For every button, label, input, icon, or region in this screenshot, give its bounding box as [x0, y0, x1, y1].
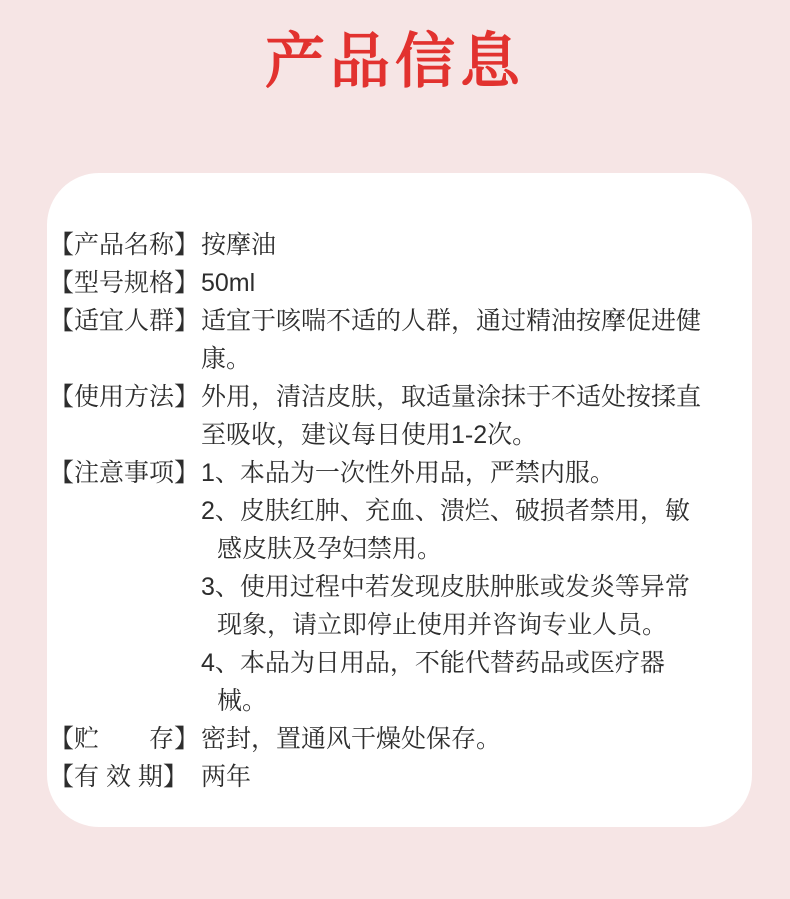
field-row-product-name: 【产品名称】 按摩油 — [49, 226, 713, 264]
precaution-item-3: 3、使用过程中若发现皮肤肿胀或发炎等异常现象，请立即停止使用并咨询专业人员。 — [201, 568, 713, 644]
precaution-item-2: 2、皮肤红肿、充血、溃烂、破损者禁用，敏感皮肤及孕妇禁用。 — [201, 492, 713, 568]
field-label-precautions: 【注意事项】 — [49, 454, 201, 492]
field-row-suitable-people: 【适宜人群】 适宜于咳喘不适的人群，通过精油按摩促进健康。 — [49, 302, 713, 378]
precaution-item-1: 1、本品为一次性外用品，严禁内服。 — [201, 454, 713, 492]
field-label-suitable-people: 【适宜人群】 — [49, 302, 201, 340]
field-value-suitable-people: 适宜于咳喘不适的人群，通过精油按摩促进健康。 — [201, 302, 713, 378]
field-value-product-name: 按摩油 — [201, 226, 713, 264]
field-label-storage: 【贮 存】 — [49, 720, 201, 758]
field-label-usage-method: 【使用方法】 — [49, 378, 201, 416]
product-info-card: 【产品名称】 按摩油 【型号规格】 50ml 【适宜人群】 适宜于咳喘不适的人群… — [47, 173, 752, 827]
field-row-shelf-life: 【有 效 期】 两年 — [49, 758, 713, 796]
field-row-storage: 【贮 存】 密封，置通风干燥处保存。 — [49, 720, 713, 758]
field-value-shelf-life: 两年 — [201, 758, 713, 796]
precautions-list: 1、本品为一次性外用品，严禁内服。 2、皮肤红肿、充血、溃烂、破损者禁用，敏感皮… — [201, 454, 713, 720]
field-value-storage: 密封，置通风干燥处保存。 — [201, 720, 713, 758]
field-row-model-spec: 【型号规格】 50ml — [49, 264, 713, 302]
field-label-model-spec: 【型号规格】 — [49, 264, 201, 302]
field-label-product-name: 【产品名称】 — [49, 226, 201, 264]
field-label-shelf-life: 【有 效 期】 — [49, 758, 201, 796]
field-value-usage-method: 外用，清洁皮肤，取适量涂抹于不适处按揉直至吸收，建议每日使用1-2次。 — [201, 378, 713, 454]
field-row-usage-method: 【使用方法】 外用，清洁皮肤，取适量涂抹于不适处按揉直至吸收，建议每日使用1-2… — [49, 378, 713, 454]
page-title: 产品信息 — [0, 26, 790, 98]
precaution-item-4: 4、本品为日用品，不能代替药品或医疗器械。 — [201, 644, 713, 720]
field-value-model-spec: 50ml — [201, 264, 713, 302]
field-row-precautions: 【注意事项】 1、本品为一次性外用品，严禁内服。 2、皮肤红肿、充血、溃烂、破损… — [49, 454, 713, 720]
